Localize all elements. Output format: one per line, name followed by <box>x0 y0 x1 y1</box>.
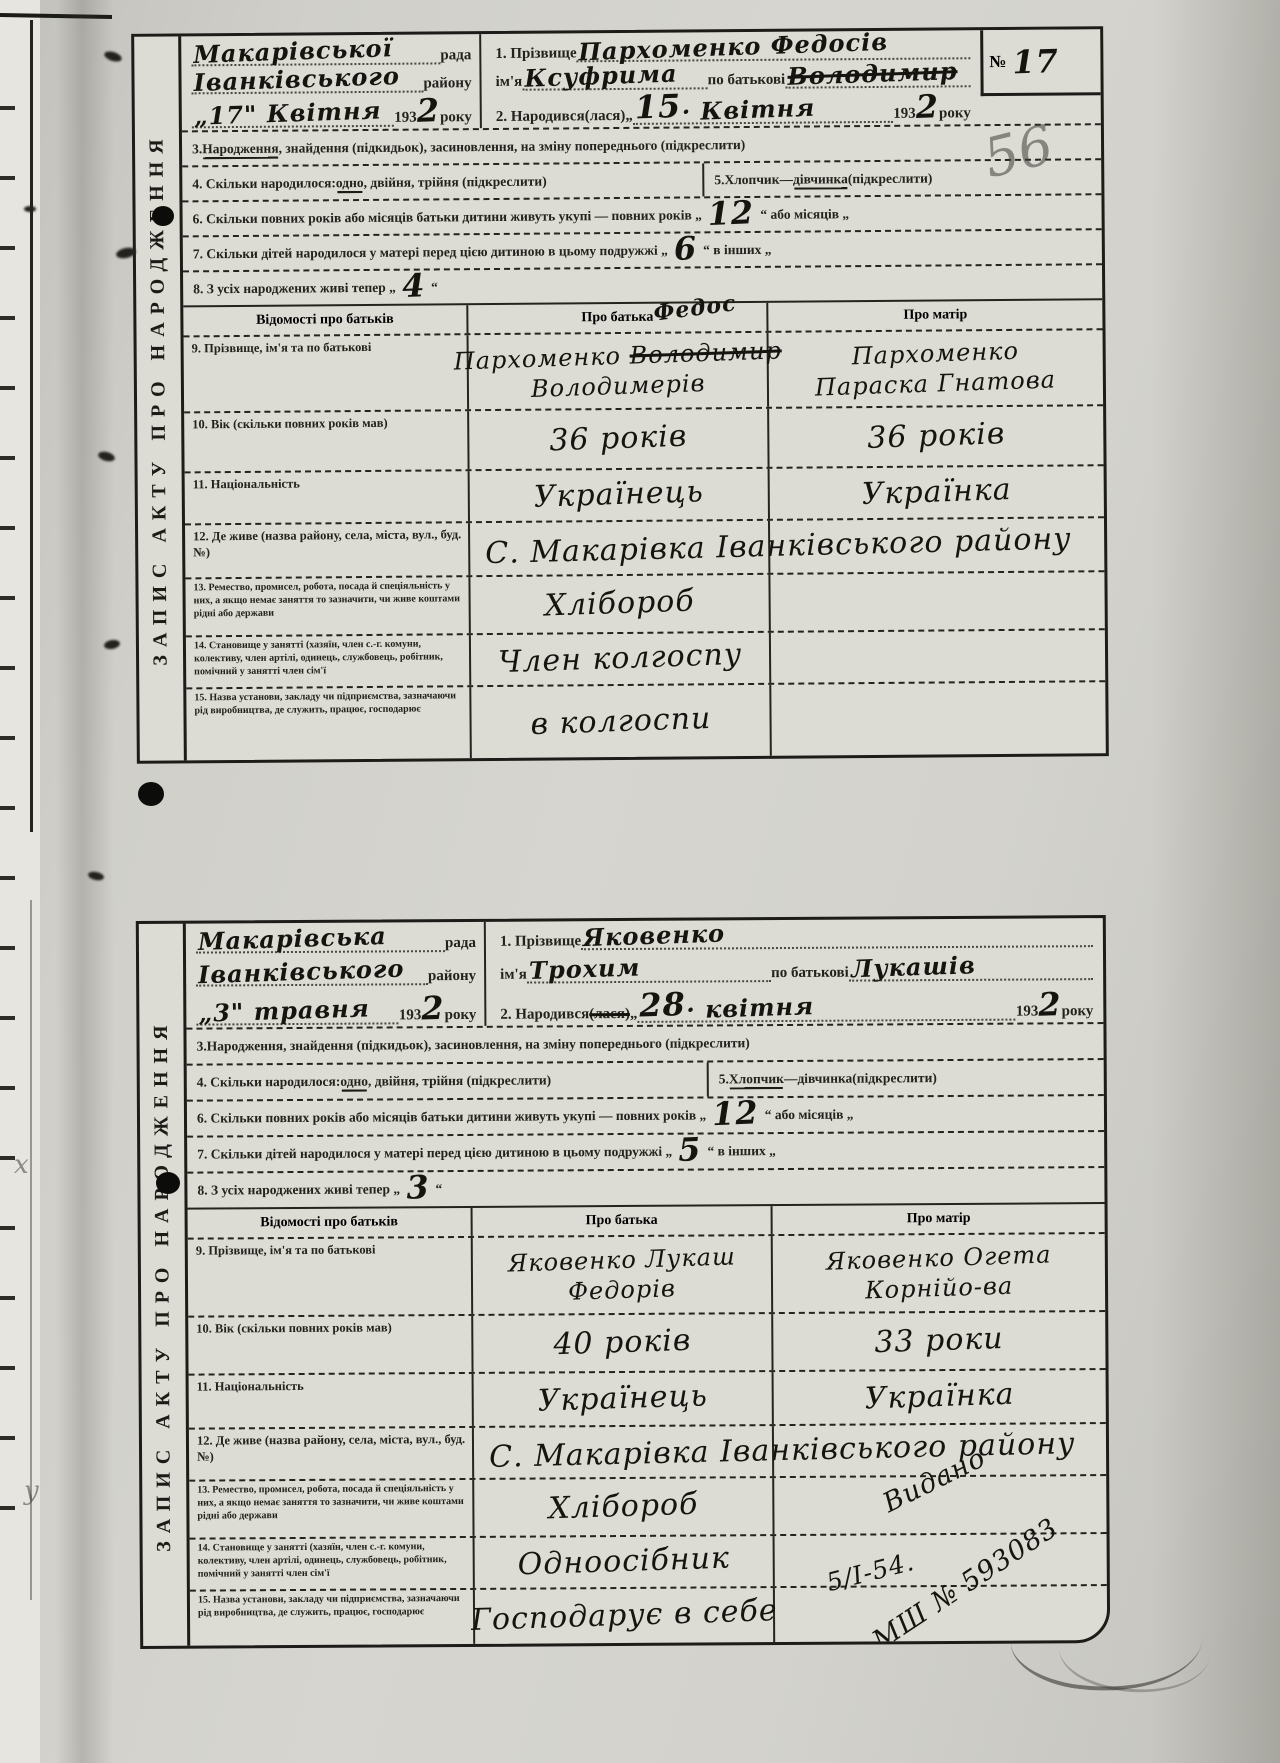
row-9-parent-names: 9. Прізвище, ім'я та по батькові Яковенк… <box>188 1232 1105 1316</box>
row4-underlined-word: одно <box>336 175 364 191</box>
row15-label: 15. Назва установи, закладу чи підприємс… <box>190 1590 475 1646</box>
row4-prefix: 4. Скільки народилося: <box>192 175 336 192</box>
mother-nationality: Українка <box>864 1380 1015 1415</box>
birth-month: · Квітня <box>681 96 815 125</box>
mother-full-name: Яковенко Огета Корнійо-ва <box>773 1234 1105 1312</box>
label-born-fem: (лася) <box>585 108 626 125</box>
page-edge-shadow <box>1150 0 1280 1763</box>
mother-full-name: Пархоменко Параска Гнатова <box>769 330 1104 407</box>
row8-prefix: 8. З усіх народжених живі тепер „ <box>193 279 396 297</box>
registration-year-digit: 2 <box>416 94 440 127</box>
row-4-how-many-born: 4. Скільки народилося: одно, двійня, трі… <box>187 1062 709 1099</box>
row3-rest: , знайдення (підкидьок), засиновлення, н… <box>283 1035 750 1054</box>
father-nationality: Українець <box>537 1381 708 1416</box>
child-patronymic: Лукашів <box>850 953 975 981</box>
row4-rest: , двійня, трійня (підкреслити) <box>368 1072 551 1089</box>
birth-year-digit: 2 <box>915 90 939 123</box>
child-surname: Яковенко <box>583 922 726 951</box>
row10-label: 10. Вік (скільки повних років мав) <box>188 1316 473 1374</box>
father-patronymic: Володимерів <box>530 371 705 401</box>
row-5-boy-girl: 5. Хлопчик—дівчинка (підкреслити) <box>709 1060 1104 1096</box>
child-patronymic: Володимир <box>787 59 958 89</box>
council-name: Макарівська <box>198 924 387 954</box>
vertical-title: ЗАПИС АКТУ ПРО НАРОДЖЕННЯ <box>139 924 187 1646</box>
mother-surname: Яковенко Огета <box>826 1242 1052 1273</box>
label-born: 2. Народився <box>496 108 585 126</box>
row11-label: 11. Національність <box>185 471 470 523</box>
row-13-occupation: 13. Ремество, промисел, робота, посада й… <box>189 1474 1106 1538</box>
mother-name-patronymic: Корнійо-ва <box>865 1274 1014 1303</box>
mother-nationality: Українка <box>861 475 1012 510</box>
row-6-years-together: 6. Скільки повних років або місяців бать… <box>187 1094 1104 1136</box>
record-header: Макарівськарада Іванківськогорайону „3" … <box>186 918 1104 1028</box>
row-10-age: 10. Вік (скільки повних років мав) 40 ро… <box>188 1310 1105 1374</box>
row8-rest: “ <box>435 1181 442 1197</box>
row13-label: 13. Ремество, промисел, робота, посада й… <box>189 1480 474 1538</box>
birth-record-17: ЗАПИС АКТУ ПРО НАРОДЖЕННЯ Макарівськоїра… <box>131 26 1109 764</box>
father-surname: Пархоменко <box>453 342 621 376</box>
adjacent-page-tick-marks <box>0 40 15 1540</box>
children-alive-value: 3 <box>406 1171 431 1204</box>
label-193: 193 <box>1016 1003 1039 1020</box>
registration-date: „3" травня <box>198 996 370 1026</box>
row3-rest: , знайдення (підкидьок), засиновлення, н… <box>279 137 746 157</box>
row5-girl: дівчинка <box>797 1071 852 1087</box>
label-born-fem: (лася) <box>589 1006 630 1023</box>
row9-label: 9. Прізвище, ім'я та по батькові <box>188 1238 473 1316</box>
institution-value: в колгоспи <box>530 703 712 739</box>
father-full-name: Яковенко Лукаш Федорів <box>473 1236 773 1314</box>
row5-dash: — <box>779 171 793 187</box>
mother-age: 33 роки <box>874 1324 1004 1358</box>
label-name: ім'я <box>495 73 522 90</box>
registration-year-digit: 2 <box>421 992 445 1025</box>
row3-underlined-word: Народження <box>207 1038 284 1054</box>
institution-value: Господарує в себе <box>470 1596 777 1636</box>
vertical-title-strip: ЗАПИС АКТУ ПРО НАРОДЖЕННЯ <box>139 924 190 1646</box>
row8-rest: “ <box>431 279 438 295</box>
row-13-occupation: 13. Ремество, промисел, робота, посада й… <box>185 570 1104 635</box>
vertical-title-strip: ЗАПИС АКТУ ПРО НАРОДЖЕННЯ <box>134 36 187 760</box>
occupation-value: Хлібороб <box>544 586 695 621</box>
children-before-value: 6 <box>673 231 698 264</box>
record-header: Макарівськоїрада Іванківськогорайону „17… <box>181 29 1101 130</box>
child-name: Трохим <box>528 955 640 983</box>
children-before-value: 5 <box>678 1133 703 1166</box>
row5-girl: дівчинка <box>793 171 848 187</box>
row5-rest: (підкреслити) <box>848 170 933 187</box>
label-roku: року <box>1062 1003 1094 1020</box>
row8-prefix: 8. З усіх народжених живі тепер „ <box>197 1181 400 1198</box>
label-193: 193 <box>394 110 417 127</box>
column-parents-info: Відомості про батьків <box>183 305 468 335</box>
row6-rest: “ або місяців „ <box>765 1107 854 1124</box>
birth-day: 15 <box>634 90 682 124</box>
row-11-nationality: 11. Національність Українець Українка <box>189 1368 1106 1428</box>
row5-boy: Хлопчик <box>729 1071 784 1087</box>
row14-label: 14. Становище у занятті (хазяїн, член с.… <box>190 1538 475 1590</box>
label-193: 193 <box>893 106 916 123</box>
father-patronymic: Федорів <box>568 1276 677 1303</box>
label-rayonu: району <box>428 968 476 985</box>
vertical-title: ЗАПИС АКТУ ПРО НАРОДЖЕННЯ <box>134 36 184 760</box>
label-patronymic: по батькові <box>771 964 849 981</box>
label-surname: 1. Прізвище <box>500 933 581 950</box>
row-8-children-alive: 8. З усіх народжених живі тепер „3“ <box>187 1166 1104 1208</box>
children-alive-value: 4 <box>401 269 426 302</box>
father-age: 36 років <box>549 422 688 457</box>
row3-underlined-word: Народження <box>202 140 279 157</box>
binding-fold-shadow <box>56 0 114 1763</box>
number-sign: № <box>989 51 1006 71</box>
row12-label: 12. Де живе (назва району, села, міста, … <box>189 1428 474 1480</box>
hole-punch <box>156 1172 180 1194</box>
label-surname: 1. Прізвище <box>495 45 576 63</box>
row5-prefix: 5. <box>719 1071 729 1087</box>
row5-prefix: 5. <box>714 172 724 188</box>
row7-rest: “ в інших „ <box>707 1143 775 1159</box>
district-name: Іванківського <box>198 957 405 988</box>
row-10-age: 10. Вік (скільки повних років мав) 36 ро… <box>184 404 1103 471</box>
row6-rest: “ або місяців „ <box>760 206 849 223</box>
row15-label: 15. Назва установи, закладу чи підприємс… <box>186 687 472 760</box>
father-age: 40 років <box>553 1326 692 1360</box>
label-roku: року <box>939 105 971 122</box>
birth-day: 28 <box>639 988 687 1021</box>
row-9-parent-names: 9. Прізвище, ім'я та по батькові Пархоме… <box>184 328 1104 411</box>
row11-label: 11. Національність <box>189 1374 474 1428</box>
label-193: 193 <box>399 1007 422 1024</box>
father-crossed-name: Володимир <box>629 336 782 369</box>
row9-label: 9. Прізвище, ім'я та по батькові <box>184 335 470 411</box>
mother-surname: Пархоменко <box>852 339 1020 369</box>
row7-prefix: 7. Скільки дітей народилося у матері пер… <box>197 1144 672 1163</box>
row3-prefix: 3. <box>197 1039 207 1055</box>
row-15-institution: 15. Назва установи, закладу чи підприємс… <box>186 680 1106 760</box>
mother-age: 36 років <box>867 419 1006 454</box>
birth-month: · квітня <box>686 994 815 1022</box>
label-roku: року <box>440 109 472 126</box>
row6-prefix: 6. Скільки повних років або місяців бать… <box>197 1107 706 1126</box>
birth-record-18: ЗАПИС АКТУ ПРО НАРОДЖЕННЯ Макарівськарад… <box>136 915 1110 1649</box>
row-7-children-before: 7. Скільки дітей народилося у матері пер… <box>187 1130 1104 1172</box>
row-4-how-many-born: 4. Скільки народилося: одно, двійня, трі… <box>182 163 704 200</box>
row6-prefix: 6. Скільки повних років або місяців бать… <box>193 207 702 227</box>
row-4-5: 4. Скільки народилося: одно, двійня, трі… <box>187 1058 1104 1100</box>
row-11-nationality: 11. Національність Українець Українка <box>185 464 1104 523</box>
column-about-mother: Про матір <box>768 300 1102 331</box>
district-name: Іванківського <box>193 64 400 95</box>
row5-dash: — <box>784 1071 798 1087</box>
label-name: ім'я <box>500 966 527 983</box>
quote: „ <box>630 1006 638 1023</box>
position-value: Член колгоспу <box>498 640 743 678</box>
record-number: 17 <box>1012 44 1060 78</box>
row12-label: 12. Де живе (назва району, села, міста, … <box>185 523 470 577</box>
years-together-value: 12 <box>712 1096 760 1130</box>
column-about-mother: Про матір <box>773 1204 1105 1234</box>
row5-boy: Хлопчик <box>724 171 779 187</box>
row10-label: 10. Вік (скільки повних років мав) <box>184 411 469 471</box>
child-name: Ксуфрима <box>524 61 678 90</box>
pencil-mark-x: х <box>14 1150 29 1180</box>
row13-label: 13. Ремество, промисел, робота, посада й… <box>185 577 470 635</box>
label-rada: рада <box>445 935 476 952</box>
row7-rest: “ в інших „ <box>703 241 771 258</box>
label-patronymic: по батькові <box>707 71 785 89</box>
years-together-value: 12 <box>707 196 755 230</box>
row-14-position: 14. Становище у занятті (хазяїн, член с.… <box>186 628 1105 687</box>
father-surname: Яковенко Лукаш <box>508 1244 737 1275</box>
label-rada: рада <box>440 47 471 64</box>
adjacent-page-border-line <box>30 20 33 832</box>
label-roku: року <box>445 1007 477 1024</box>
registration-date: „17" Квітня <box>193 98 381 128</box>
row4-underlined-word: одно <box>340 1074 368 1090</box>
row14-label: 14. Становище у занятті (хазяїн, член с.… <box>186 635 471 687</box>
column-parents-info: Відомості про батьків <box>188 1208 473 1238</box>
row5-rest: (підкреслити) <box>852 1070 937 1087</box>
label-born: 2. Народився <box>500 1006 589 1024</box>
column-about-father: Про батька <box>473 1206 773 1236</box>
ink-smudge <box>24 206 36 212</box>
row4-rest: , двійня, трійня (підкреслити) <box>364 173 547 190</box>
birth-year-digit: 2 <box>1038 988 1062 1021</box>
mother-name-patronymic: Параска Гнатова <box>815 367 1057 399</box>
row7-prefix: 7. Скільки дітей народилося у матері пер… <box>193 242 668 262</box>
label-rayonu: району <box>423 75 471 92</box>
row-3-birth-type: 3. Народження, знайдення (підкидьок), за… <box>186 1022 1103 1064</box>
record-number-box: № 17 <box>980 29 1101 96</box>
father-nationality: Українець <box>533 477 704 513</box>
row4-prefix: 4. Скільки народилося: <box>197 1074 341 1091</box>
row3-prefix: 3. <box>192 141 202 157</box>
occupation-value: Хлібороб <box>548 1490 699 1525</box>
father-full-name: Пархоменко Володимир Володимерів <box>469 333 770 409</box>
pencil-mark-y: у <box>24 1476 39 1506</box>
row-12-residence: 12. Де живе (назва району, села, міста, … <box>185 516 1104 577</box>
position-value: Одноосібник <box>517 1544 730 1581</box>
quote: „ <box>625 108 633 125</box>
hole-punch <box>138 782 164 806</box>
hole-punch <box>152 206 174 226</box>
